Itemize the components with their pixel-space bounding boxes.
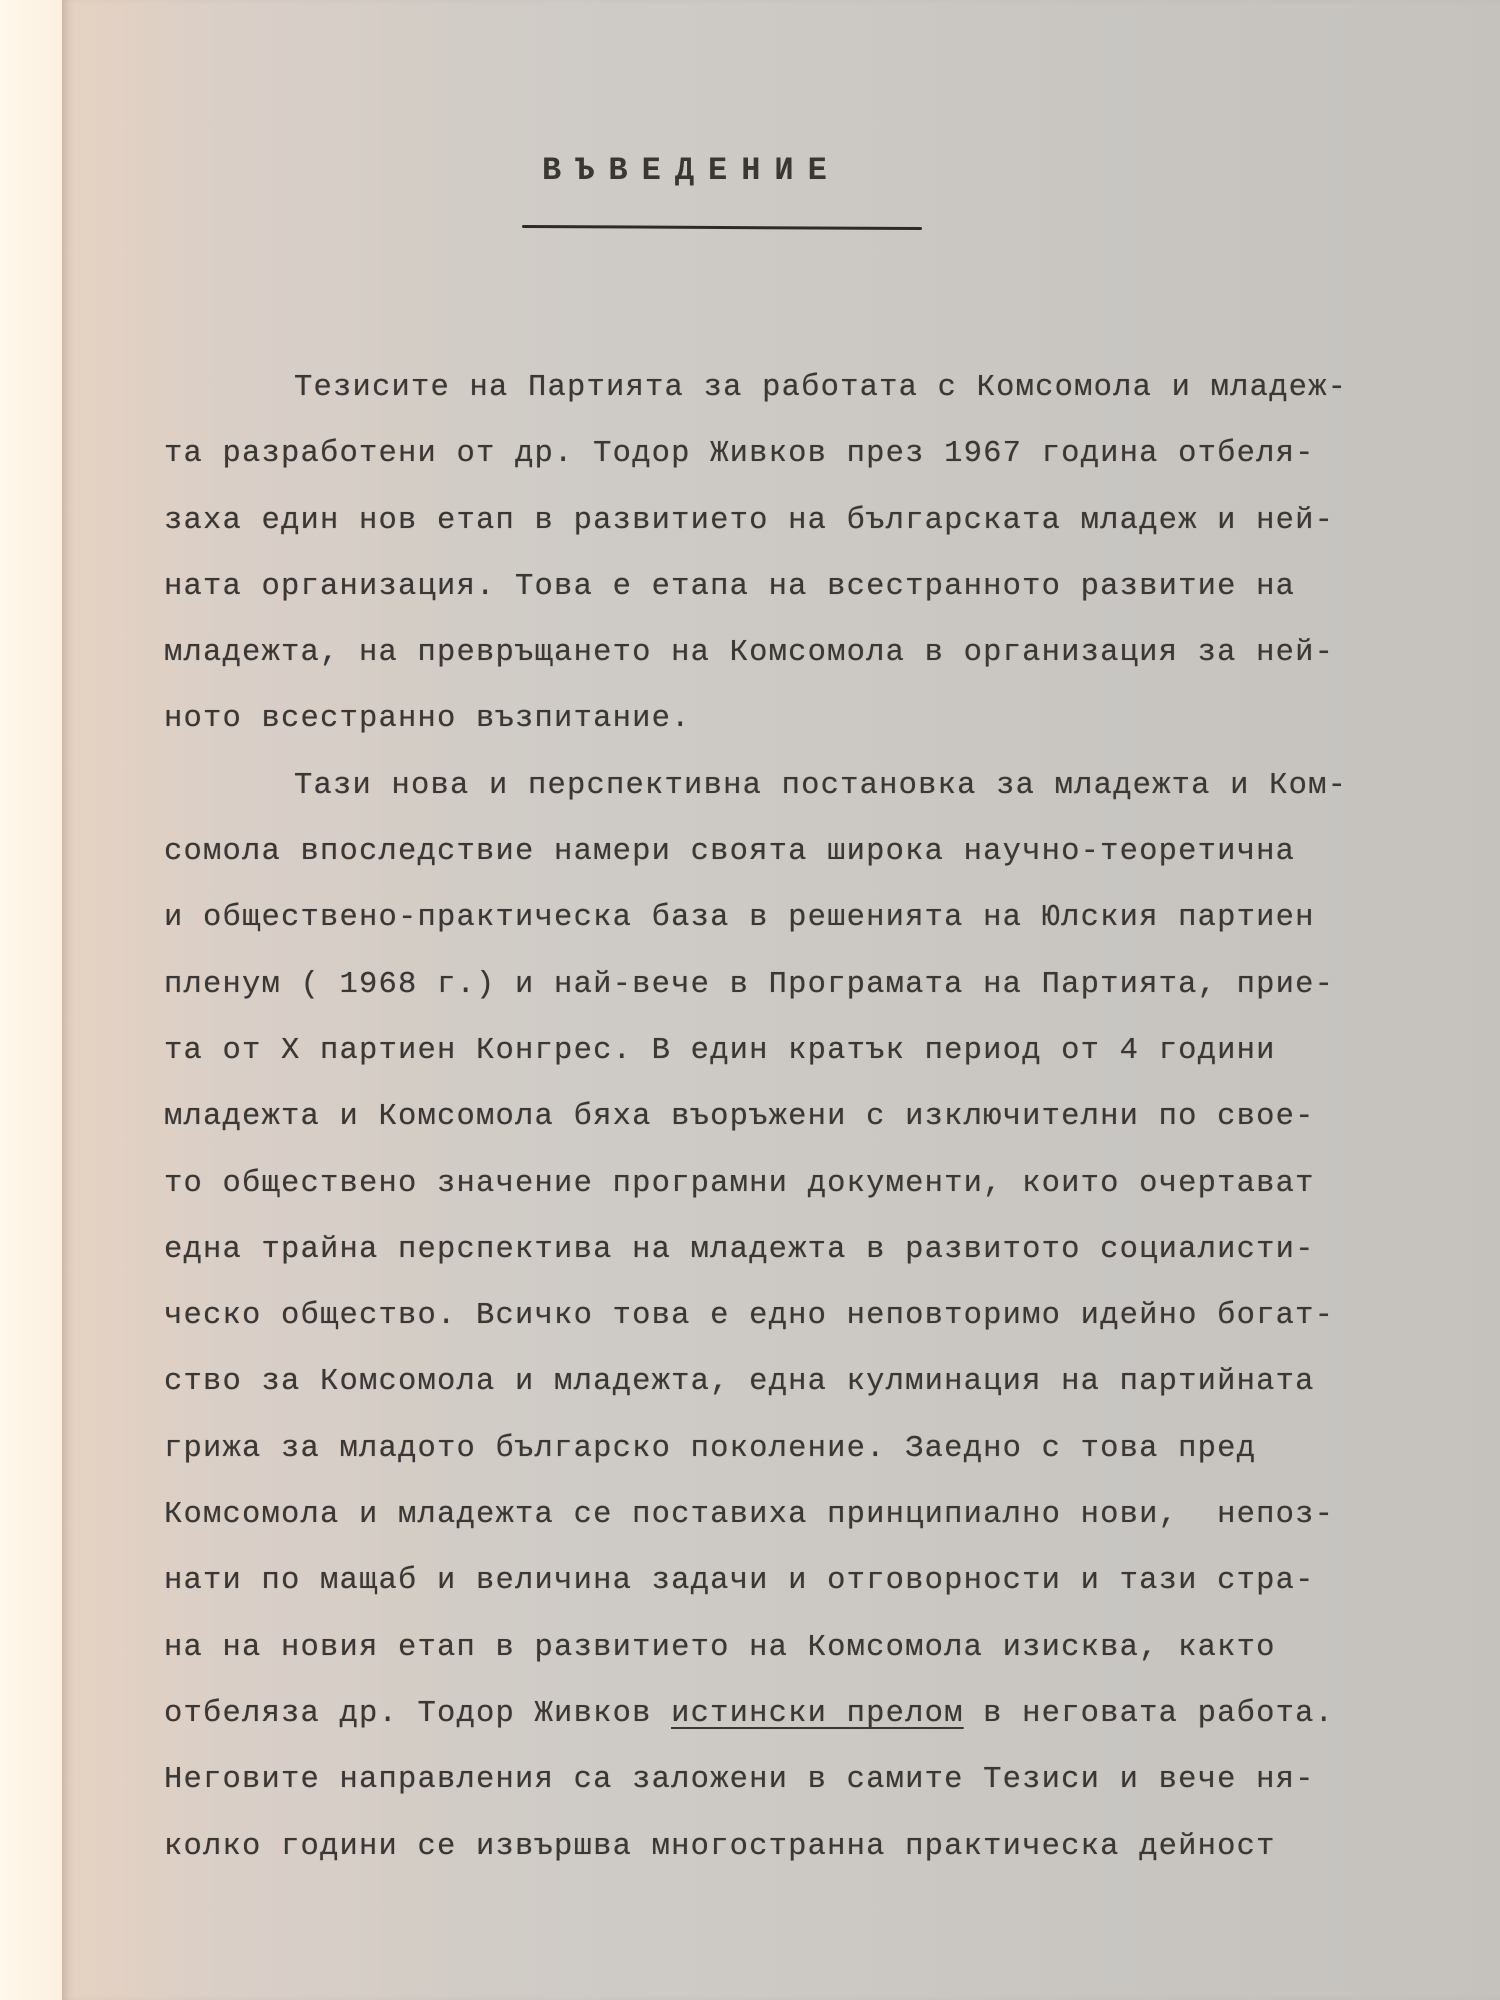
background-surface (0, 0, 70, 2000)
text-line: колко години се извършва многостранна пр… (164, 1814, 1424, 1880)
text-line: та от Х партиен Конгрес. В един кратък п… (164, 1018, 1424, 1084)
text-line: то обществено значение програмни докумен… (164, 1151, 1424, 1217)
text-line: една трайна перспектива на младежта в ра… (164, 1217, 1424, 1283)
text-line: грижа за младото българско поколение. За… (164, 1416, 1424, 1482)
text-line: ната организация. Това е етапа на всестр… (164, 554, 1424, 620)
text-segment: отбеляза др. Тодор Живков (164, 1697, 671, 1731)
text-line: та разработени от др. Тодор Живков през … (164, 421, 1424, 487)
text-line: младежта и Комсомола бяха въоръжени с из… (164, 1084, 1424, 1150)
text-line: сомола впоследствие намери своята широка… (164, 819, 1424, 885)
body-text: Тезисите на Партията за работата с Комсо… (164, 355, 1424, 1880)
text-line: ното всестранно възпитание. (164, 686, 1424, 752)
text-line: на на новия етап в развитието на Комсомо… (164, 1615, 1424, 1681)
text-line: Тази нова и перспективна постановка за м… (164, 753, 1424, 819)
underlined-phrase: истински прелом (671, 1697, 964, 1731)
heading-underline (522, 225, 922, 230)
text-line: и обществено-практическа база в решеният… (164, 885, 1424, 951)
text-segment: в неговата работа. (964, 1697, 1335, 1731)
page-heading: ВЪВЕДЕНИЕ (542, 152, 841, 189)
text-line: нати по мащаб и величина задачи и отгово… (164, 1548, 1424, 1614)
text-line: Тезисите на Партията за работата с Комсо… (164, 355, 1424, 421)
text-line: ство за Комсомола и младежта, една кулми… (164, 1349, 1424, 1415)
text-line: ческо общество. Всичко това е едно непов… (164, 1283, 1424, 1349)
text-line: младежта, на превръщането на Комсомола в… (164, 620, 1424, 686)
text-line: пленум ( 1968 г.) и най-вече в Програмат… (164, 952, 1424, 1018)
text-line: Комсомола и младежта се поставиха принци… (164, 1482, 1424, 1548)
text-line: отбеляза др. Тодор Живков истински прело… (164, 1681, 1424, 1747)
text-line: Неговите направления са заложени в самит… (164, 1747, 1424, 1813)
text-line: заха един нов етап в развитието на бълга… (164, 488, 1424, 554)
